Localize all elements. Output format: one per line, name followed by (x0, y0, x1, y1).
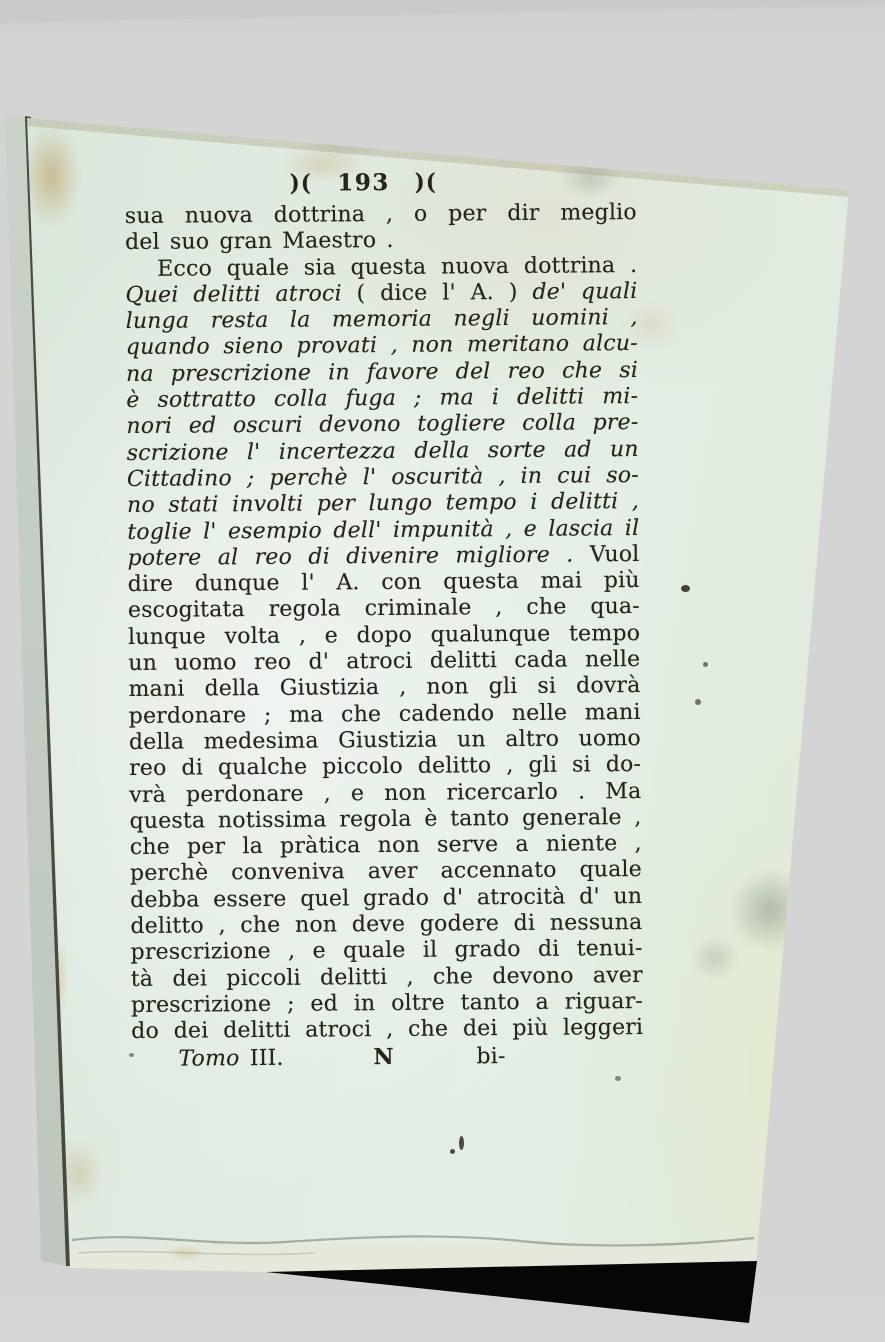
text-segment: perdonare ; ma che cadendo nelle mani (129, 700, 641, 729)
text-line: quando sieno provati , non meritano alcu… (126, 331, 638, 361)
text-segment: mani della Giustizia , non gli si dovrà (128, 673, 640, 702)
text-segment: Quei delitti atroci (125, 281, 356, 308)
text-line: nori ed oscuri devono togliere colla pre… (126, 410, 638, 440)
text-segment: nori ed oscuri devono togliere colla pre… (126, 410, 638, 439)
text-segment: escogitata regola criminale , che qua- (128, 594, 640, 623)
page-text-lines: sua nuova dottrina , o per dir megliodel… (125, 200, 644, 1045)
text-line: Ecco quale sia questa nuova dottrina . (125, 253, 637, 283)
text-line: Quei delitti atroci ( dice l' A. ) de' q… (125, 279, 637, 309)
text-line: lunga resta la memoria negli uomini , (126, 305, 638, 335)
text-line: prescrizione , e quale il grado di tenui… (131, 936, 643, 966)
text-segment: lunque volta , e dopo qualunque tempo (128, 621, 640, 650)
text-segment: do dei delitti atroci , che dei più legg… (131, 1015, 643, 1044)
header-ornament-left: )( (290, 169, 313, 199)
text-segment: questa notissima regola è tanto generale… (129, 805, 641, 834)
page-number: 193 (337, 169, 390, 196)
text-line: dire dunque l' A. con questa mai più (128, 568, 640, 598)
text-segment: sua nuova dottrina , o per dir meglio (125, 200, 637, 229)
text-line: perdonare ; ma che cadendo nelle mani (129, 700, 641, 730)
ink-speck (615, 1076, 621, 1081)
text-segment: dire dunque l' A. con questa mai più (128, 568, 640, 597)
text-segment: no stati involti per lungo tempo i delit… (127, 489, 639, 518)
text-segment: ( dice l' A. ) (356, 280, 532, 306)
text-line: mani della Giustizia , non gli si dovrà (128, 673, 640, 703)
text-line: do dei delitti atroci , che dei più legg… (131, 1015, 643, 1045)
text-line: delitto , che non deve godere di nessuna (130, 910, 642, 940)
smudge (690, 935, 740, 981)
text-segment: un uomo reo d' atroci delitti cada nelle (128, 647, 640, 676)
text-line: debba essere quel grado d' atrocità d' u… (130, 884, 642, 914)
text-segment: è sottratto colla fuga ; ma i delitti mi… (126, 384, 638, 413)
ink-speck (450, 1149, 455, 1154)
text-line: lunque volta , e dopo qualunque tempo (128, 621, 640, 651)
text-line: Cittadino ; perchè l' oscurità , in cui … (127, 463, 639, 493)
fox-stain (540, 118, 670, 152)
text-segment: perchè conveniva aver accennato quale (130, 857, 642, 886)
header-ornament-right: )( (415, 168, 438, 198)
text-segment: Ecco quale sia questa nuova dottrina . (157, 253, 637, 282)
ink-speck (703, 662, 708, 667)
text-line: scrizione l' incertezza della sorte ad u… (127, 437, 639, 467)
text-line: no stati involti per lungo tempo i delit… (127, 489, 639, 519)
text-segment: na prescrizione in favore del reo che si (126, 358, 638, 387)
text-segment: che per la pràtica non serve a niente , (130, 831, 642, 860)
book-page: )( 193 )( sua nuova dottrina , o per dir… (0, 0, 885, 1342)
text-segment: potere al reo di divenire migliore . (127, 542, 589, 571)
page-header: )( 193 )( (124, 166, 636, 204)
text-line: escogitata regola criminale , che qua- (128, 594, 640, 624)
text-segment: quando sieno provati , non meritano alcu… (126, 331, 638, 360)
text-segment: Cittadino ; perchè l' oscurità , in cui … (127, 463, 639, 492)
text-line: del suo gran Maestro . (125, 226, 637, 256)
text-line: della medesima Giustizia un altro uomo (129, 726, 641, 756)
text-line: na prescrizione in favore del reo che si (126, 358, 638, 388)
text-segment: debba essere quel grado d' atrocità d' u… (130, 884, 642, 913)
text-line: vrà perdonare , e non ricercarlo . Ma (129, 779, 641, 809)
page-text: )( 193 )( sua nuova dottrina , o per dir… (124, 166, 643, 1072)
text-segment: prescrizione ; ed in oltre tanto a rigua… (131, 989, 643, 1018)
text-segment: prescrizione , e quale il grado di tenui… (131, 936, 643, 965)
text-line: reo di qualche piccolo delitto , gli si … (129, 752, 641, 782)
catchword: bi- (476, 1043, 505, 1070)
signature-mark: N (373, 1043, 394, 1070)
text-segment: reo di qualche piccolo delitto , gli si … (129, 752, 641, 781)
ink-speck (695, 699, 701, 705)
volume-number: III. (250, 1045, 284, 1070)
text-line: tà dei piccoli delitti , che devono aver (131, 963, 643, 993)
text-line: sua nuova dottrina , o per dir meglio (125, 200, 637, 230)
smudge (300, 118, 390, 158)
text-segment: vrà perdonare , e non ricercarlo . Ma (129, 779, 641, 808)
text-segment: delitto , che non deve godere di nessuna (130, 910, 642, 939)
text-segment: toglie l' esempio dell' impunità , e las… (127, 516, 639, 545)
fox-stain (168, 1246, 204, 1260)
ink-speck (681, 585, 690, 592)
fox-stain (22, 126, 80, 226)
scanner-background-seam (0, 0, 885, 26)
text-line: è sottratto colla fuga ; ma i delitti mi… (126, 384, 638, 414)
volume-word: Tomo (178, 1046, 239, 1071)
volume-label: Tomo III. (178, 1044, 283, 1072)
ink-speck (459, 1136, 464, 1150)
text-line: questa notissima regola è tanto generale… (129, 805, 641, 835)
text-segment: del suo gran Maestro . (125, 228, 394, 255)
text-line: perchè conveniva aver accennato quale (130, 857, 642, 887)
text-segment: de' quali (532, 279, 637, 305)
page-footer: Tomo III. N bi- (131, 1041, 643, 1072)
text-segment: lunga resta la memoria negli uomini , (126, 305, 638, 334)
text-line: toglie l' esempio dell' impunità , e las… (127, 516, 639, 546)
text-segment: della medesima Giustizia un altro uomo (129, 726, 641, 755)
text-segment: Vuol (590, 542, 640, 567)
book-scan: )( 193 )( sua nuova dottrina , o per dir… (0, 0, 885, 1342)
smudge (728, 868, 812, 952)
text-segment: scrizione l' incertezza della sorte ad u… (127, 437, 639, 466)
text-segment: tà dei piccoli delitti , che devono aver (131, 963, 643, 992)
